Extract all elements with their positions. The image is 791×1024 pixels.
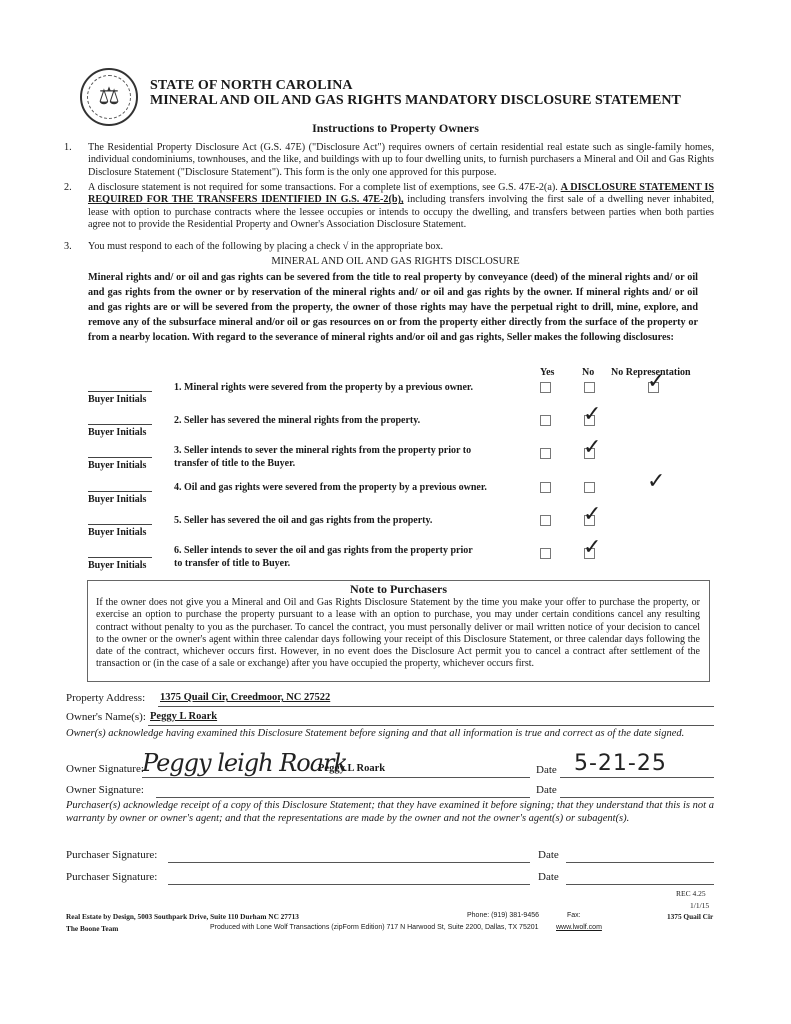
buyer-initials-label-6: Buyer Initials [88,560,146,571]
purchaser1-signature-line[interactable] [168,862,530,863]
disclosure-intro: Mineral rights and/ or oil and gas right… [88,270,698,345]
question-4: 4. Oil and gas rights were severed from … [174,481,487,494]
property-address-label: Property Address: [66,692,145,704]
buyer-initials-line-6[interactable] [88,557,152,558]
owner-acknowledgment: Owner(s) acknowledge having examined thi… [66,728,714,741]
purchaser2-signature-label: Purchaser Signature: [66,871,157,883]
owner-names-label: Owner's Name(s): [66,711,146,723]
owner-date-label: Date [536,764,557,776]
nc-seal-icon [80,68,138,126]
buyer-initials-label-3: Buyer Initials [88,460,146,471]
owner2-date-label: Date [536,784,557,796]
footer-team: The Boone Team [66,924,118,933]
instruction-3-number: 3. [64,241,72,252]
instructions-title: Instructions to Property Owners [0,121,791,136]
owner-date-value[interactable]: 5-21-25 [574,751,667,776]
buyer-initials-label-4: Buyer Initials [88,494,146,505]
purchaser1-date-line[interactable] [566,862,714,863]
column-yes: Yes [540,367,554,378]
property-address-value[interactable]: 1375 Quail Cir, Creedmoor, NC 27522 [160,692,330,703]
buyer-initials-line-2[interactable] [88,424,152,425]
instruction-1-text: The Residential Property Disclosure Act … [88,142,714,179]
purchaser1-date-label: Date [538,849,559,861]
note-title: Note to Purchasers [87,582,710,597]
checkbox-q2-yes[interactable] [540,415,551,426]
footer-website-link[interactable]: www.lwolf.com [556,924,602,931]
purchaser2-signature-line[interactable] [168,884,530,885]
checkmark-icon: ✓ [583,437,601,459]
form-code: REC 4.25 [676,889,706,898]
instruction-2-number: 2. [64,182,72,193]
checkbox-q3-yes[interactable] [540,448,551,459]
owner-signature-line [142,777,530,778]
checkmark-icon: ✓ [583,537,601,559]
question-1: 1. Mineral rights were severed from the … [174,381,473,394]
purchaser2-date-line[interactable] [566,884,714,885]
checkmark-icon: ✓ [647,371,665,393]
buyer-initials-label-2: Buyer Initials [88,427,146,438]
checkmark-icon: ✓ [583,504,601,526]
owner-signature-label: Owner Signature: [66,763,144,775]
buyer-initials-line-3[interactable] [88,457,152,458]
checkmark-icon: ✓ [647,471,665,493]
question-2: 2. Seller has severed the mineral rights… [174,414,420,427]
buyer-initials-label-5: Buyer Initials [88,527,146,538]
state-title: STATE OF NORTH CAROLINA [150,78,353,94]
checkbox-q4-yes[interactable] [540,482,551,493]
form-date: 1/1/15 [690,901,709,910]
column-no: No [582,367,594,378]
owner-date-line [560,777,714,778]
checkmark-icon: ✓ [583,404,601,426]
owner2-signature-line[interactable] [156,797,530,798]
instruction-3-text: You must respond to each of the followin… [88,241,714,253]
owner-signature-printed-name: Peggy L Roark [318,763,385,774]
footer-fax: Fax: [567,912,581,919]
checkbox-q5-yes[interactable] [540,515,551,526]
buyer-initials-line-1[interactable] [88,391,152,392]
purchaser2-date-label: Date [538,871,559,883]
property-address-line [158,706,714,707]
footer-file-name: 1375 Quail Cir [667,912,713,921]
purchaser1-signature-label: Purchaser Signature: [66,849,157,861]
question-3: 3. Seller intends to sever the mineral r… [174,444,471,470]
owner2-signature-label: Owner Signature: [66,784,144,796]
instruction-2-text: A disclosure statement is not required f… [88,182,714,232]
form-title: MINERAL AND OIL AND GAS RIGHTS MANDATORY… [150,93,681,109]
owner-names-value[interactable]: Peggy L Roark [150,711,217,722]
checkbox-q6-yes[interactable] [540,548,551,559]
footer-produced-by: Produced with Lone Wolf Transactions (zi… [210,924,539,931]
owner-signature-handwritten[interactable]: Peggy leigh Roark [142,749,347,777]
instruction-1-number: 1. [64,142,72,153]
footer-phone: Phone: (919) 381-9456 [467,912,539,919]
owner2-date-line[interactable] [560,797,714,798]
question-6: 6. Seller intends to sever the oil and g… [174,544,473,570]
owner-names-line [148,725,714,726]
question-5: 5. Seller has severed the oil and gas ri… [174,514,432,527]
note-text: If the owner does not give you a Mineral… [96,597,700,671]
disclosure-section-title: MINERAL AND OIL AND GAS RIGHTS DISCLOSUR… [0,256,791,267]
buyer-initials-label-1: Buyer Initials [88,394,146,405]
checkbox-q1-no[interactable] [584,382,595,393]
buyer-initials-line-5[interactable] [88,524,152,525]
purchaser-acknowledgment: Purchaser(s) acknowledge receipt of a co… [66,800,714,825]
buyer-initials-line-4[interactable] [88,491,152,492]
checkbox-q4-no[interactable] [584,482,595,493]
footer-company: Real Estate by Design, 5003 Southpark Dr… [66,912,299,921]
checkbox-q1-yes[interactable] [540,382,551,393]
